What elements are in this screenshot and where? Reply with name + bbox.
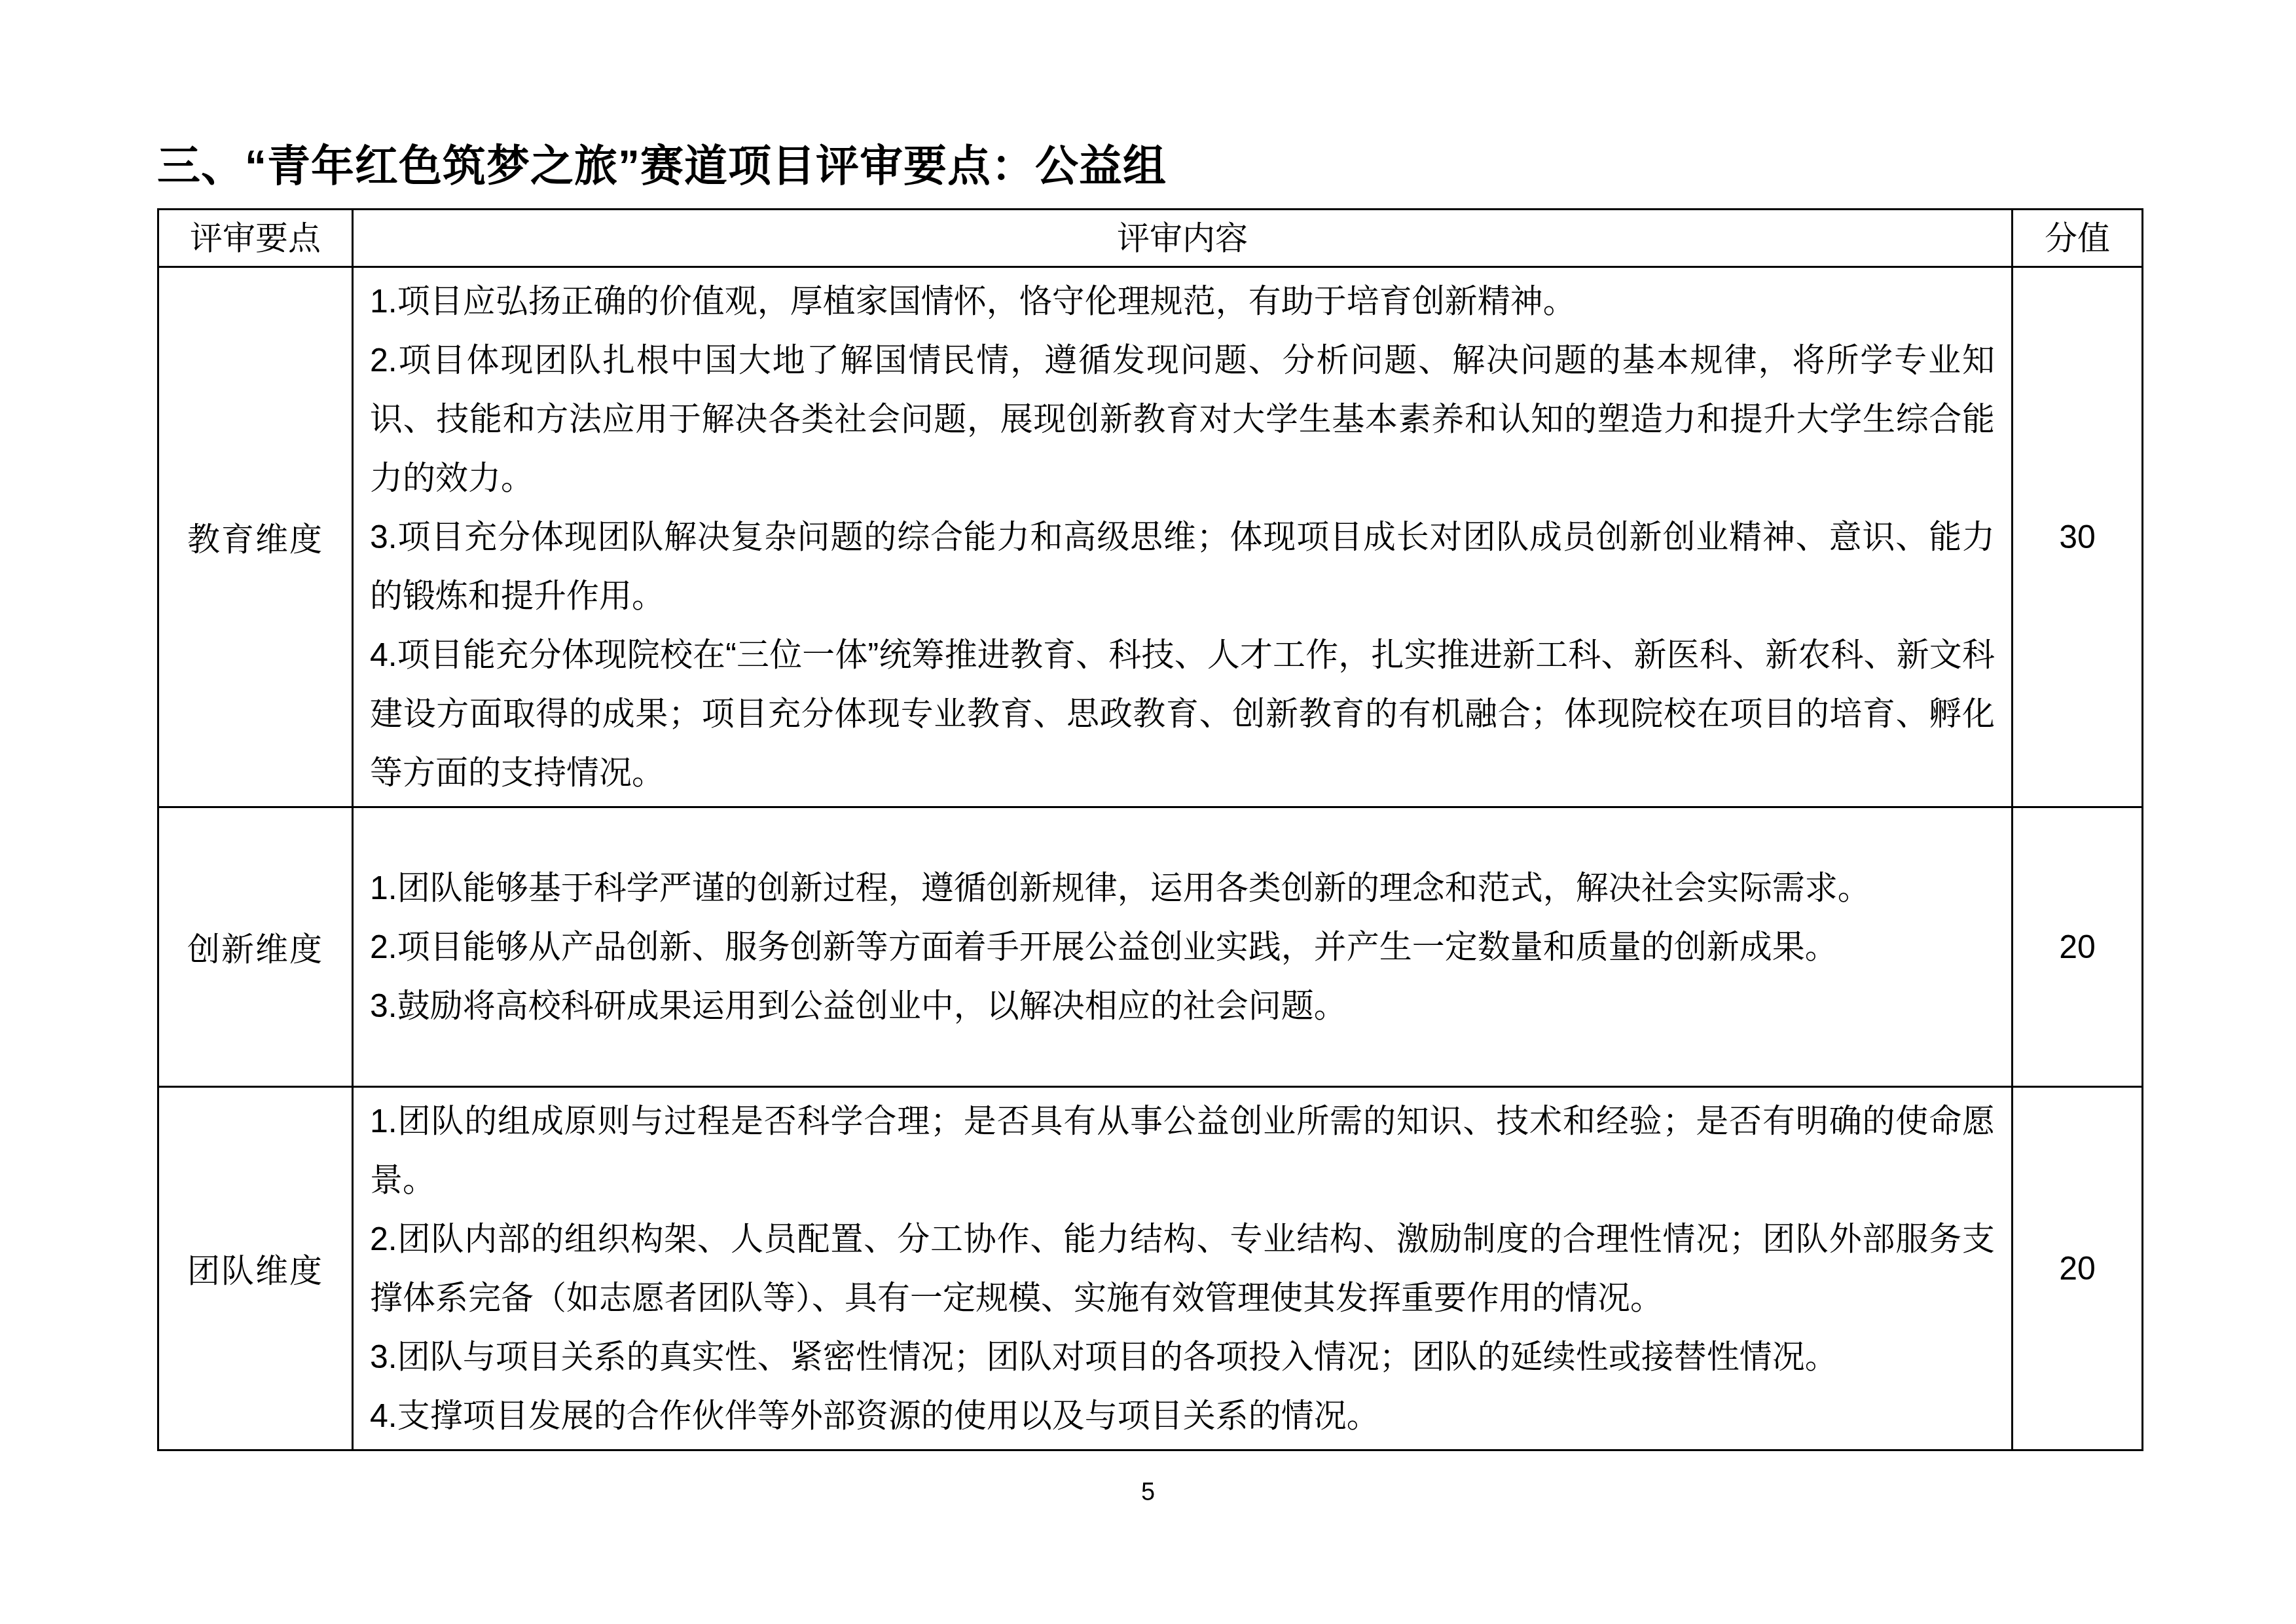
score-value-education: 30 bbox=[2013, 267, 2143, 807]
review-content-cell-innovation: 1.团队能够基于科学严谨的创新过程，遵循创新规律，运用各类创新的理念和范式，解决… bbox=[353, 807, 2013, 1087]
header-score: 分值 bbox=[2013, 210, 2143, 267]
content-item: 1.团队能够基于科学严谨的创新过程，遵循创新规律，运用各类创新的理念和范式，解决… bbox=[370, 858, 1995, 917]
page-title: 三、“青年红色筑梦之旅”赛道项目评审要点：公益组 bbox=[157, 131, 1167, 193]
content-item: 4.项目能充分体现院校在“三位一体”统筹推进教育、科技、人才工作，扎实推进新工科… bbox=[370, 625, 1995, 802]
content-item: 3.团队与项目关系的真实性、紧密性情况；团队对项目的各项投入情况；团队的延续性或… bbox=[370, 1327, 1995, 1386]
content-item: 3.鼓励将高校科研成果运用到公益创业中，以解决相应的社会问题。 bbox=[370, 976, 1995, 1035]
score-value-team: 20 bbox=[2013, 1087, 2143, 1450]
review-content-cell-education: 1.项目应弘扬正确的价值观，厚植家国情怀，恪守伦理规范，有助于培育创新精神。 2… bbox=[353, 267, 2013, 807]
content-item: 2.项目体现团队扎根中国大地了解国情民情，遵循发现问题、分析问题、解决问题的基本… bbox=[370, 331, 1995, 507]
table-header-row: 评审要点 评审内容 分值 bbox=[158, 210, 2143, 267]
dimension-label-innovation: 创新维度 bbox=[158, 807, 353, 1087]
content-item: 1.项目应弘扬正确的价值观，厚植家国情怀，恪守伦理规范，有助于培育创新精神。 bbox=[370, 272, 1995, 331]
review-table: 评审要点 评审内容 分值 教育维度 1.项目应弘扬正确的价值观，厚植家国情怀，恪… bbox=[157, 208, 2143, 1451]
table-row-team: 团队维度 1.团队的组成原则与过程是否科学合理；是否具有从事公益创业所需的知识、… bbox=[158, 1087, 2143, 1450]
review-content-cell-team: 1.团队的组成原则与过程是否科学合理；是否具有从事公益创业所需的知识、技术和经验… bbox=[353, 1087, 2013, 1450]
dimension-label-education: 教育维度 bbox=[158, 267, 353, 807]
header-review-content: 评审内容 bbox=[353, 210, 2013, 267]
dimension-label-team: 团队维度 bbox=[158, 1087, 353, 1450]
content-item: 3.项目充分体现团队解决复杂问题的综合能力和高级思维；体现项目成长对团队成员创新… bbox=[370, 507, 1995, 625]
content-item: 2.团队内部的组织构架、人员配置、分工协作、能力结构、专业结构、激励制度的合理性… bbox=[370, 1209, 1995, 1327]
page-number: 5 bbox=[0, 1479, 2296, 1507]
content-item: 4.支撑项目发展的合作伙伴等外部资源的使用以及与项目关系的情况。 bbox=[370, 1386, 1995, 1445]
table-row-innovation: 创新维度 1.团队能够基于科学严谨的创新过程，遵循创新规律，运用各类创新的理念和… bbox=[158, 807, 2143, 1087]
document-page: 三、“青年红色筑梦之旅”赛道项目评审要点：公益组 评审要点 评审内容 分值 教育… bbox=[0, 0, 2296, 1624]
content-item: 2.项目能够从产品创新、服务创新等方面着手开展公益创业实践，并产生一定数量和质量… bbox=[370, 917, 1995, 976]
table-row-education: 教育维度 1.项目应弘扬正确的价值观，厚植家国情怀，恪守伦理规范，有助于培育创新… bbox=[158, 267, 2143, 807]
header-review-points: 评审要点 bbox=[158, 210, 353, 267]
content-item: 1.团队的组成原则与过程是否科学合理；是否具有从事公益创业所需的知识、技术和经验… bbox=[370, 1092, 1995, 1209]
score-value-innovation: 20 bbox=[2013, 807, 2143, 1087]
